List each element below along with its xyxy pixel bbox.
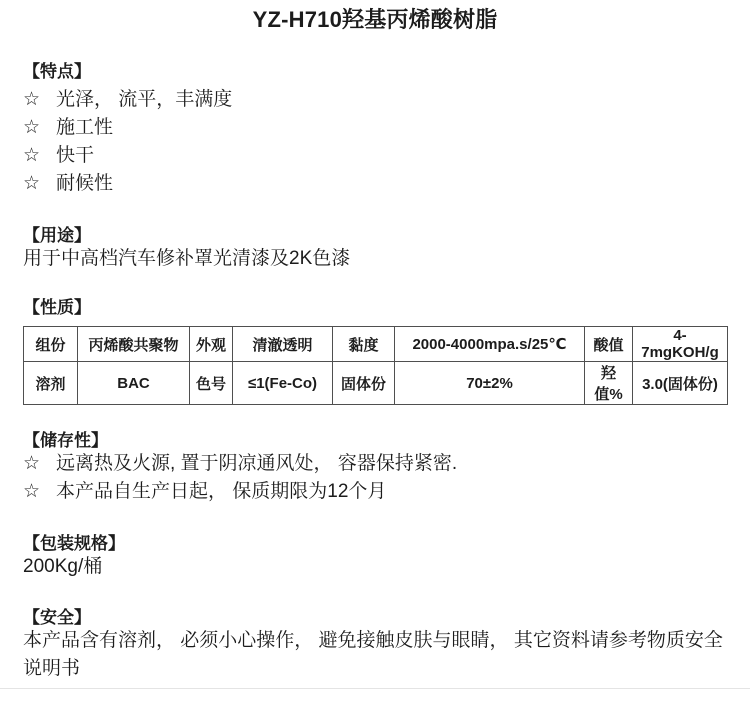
page-bottom-rule bbox=[0, 688, 750, 689]
storage-heading: 【储存性】 bbox=[23, 432, 727, 450]
prop-label-cell: 黏度 bbox=[333, 327, 395, 362]
storage-item: ☆远离热及火源, 置于阴凉通风处， 容器保持紧密. bbox=[23, 450, 727, 478]
prop-value-cell: ≤1(Fe-Co) bbox=[233, 362, 333, 405]
properties-row: 组份 丙烯酸共聚物 外观 清澈透明 黏度 2000-4000mpa.s/25℃ … bbox=[24, 327, 728, 362]
feature-item: ☆光泽， 流平，丰满度 bbox=[23, 86, 727, 114]
prop-value-cell: BAC bbox=[78, 362, 190, 405]
feature-item-label: 光泽， 流平，丰满度 bbox=[56, 89, 232, 110]
feature-item-label: 施工性 bbox=[56, 117, 113, 138]
prop-label-cell: 色号 bbox=[190, 362, 233, 405]
properties-row: 溶剂 BAC 色号 ≤1(Fe-Co) 固体份 70±2% 羟值% 3.0(固体… bbox=[24, 362, 728, 405]
product-datasheet: YZ-H710羟基丙烯酸树脂 【特点】 ☆光泽， 流平，丰满度 ☆施工性 ☆快干… bbox=[0, 0, 750, 683]
prop-label-cell: 酸值 bbox=[585, 327, 633, 362]
prop-label-cell: 固体份 bbox=[333, 362, 395, 405]
section-properties: 【性质】 组份 丙烯酸共聚物 外观 清澈透明 黏度 2000-4000mpa.s… bbox=[23, 299, 727, 405]
prop-value-cell: 70±2% bbox=[395, 362, 585, 405]
safety-heading: 【安全】 bbox=[23, 609, 727, 627]
properties-heading: 【性质】 bbox=[23, 299, 727, 317]
prop-value-cell: 2000-4000mpa.s/25℃ bbox=[395, 327, 585, 362]
feature-item-label: 快干 bbox=[56, 145, 94, 166]
section-packaging: 【包装规格】 200Kg/桶 bbox=[23, 535, 727, 581]
storage-list: ☆远离热及火源, 置于阴凉通风处， 容器保持紧密. ☆本产品自生产日起， 保质期… bbox=[23, 450, 727, 506]
usage-heading: 【用途】 bbox=[23, 227, 727, 245]
prop-label-cell: 组份 bbox=[24, 327, 78, 362]
section-features: 【特点】 ☆光泽， 流平，丰满度 ☆施工性 ☆快干 ☆耐候性 bbox=[23, 63, 727, 198]
feature-item: ☆施工性 bbox=[23, 114, 727, 142]
prop-label-cell: 溶剂 bbox=[24, 362, 78, 405]
section-usage: 【用途】 用于中高档汽车修补罩光清漆及2K色漆 bbox=[23, 227, 727, 273]
prop-label-cell: 羟值% bbox=[585, 362, 633, 405]
safety-body: 本产品含有溶剂， 必须小心操作， 避免接触皮肤与眼睛， 其它资料请参考物质安全说… bbox=[23, 627, 727, 683]
star-icon: ☆ bbox=[23, 86, 43, 114]
prop-value-cell: 4-7mgKOH/g bbox=[633, 327, 728, 362]
star-icon: ☆ bbox=[23, 142, 43, 170]
usage-body: 用于中高档汽车修补罩光清漆及2K色漆 bbox=[23, 245, 727, 273]
packaging-heading: 【包装规格】 bbox=[23, 535, 727, 553]
prop-value-cell: 清澈透明 bbox=[233, 327, 333, 362]
page-title: YZ-H710羟基丙烯酸树脂 bbox=[23, 0, 727, 33]
star-icon: ☆ bbox=[23, 450, 43, 478]
prop-label-cell: 外观 bbox=[190, 327, 233, 362]
prop-value-cell: 3.0(固体份) bbox=[633, 362, 728, 405]
properties-table: 组份 丙烯酸共聚物 外观 清澈透明 黏度 2000-4000mpa.s/25℃ … bbox=[23, 326, 728, 405]
storage-item-label: 本产品自生产日起， 保质期限为12个月 bbox=[56, 481, 386, 502]
star-icon: ☆ bbox=[23, 478, 43, 506]
star-icon: ☆ bbox=[23, 114, 43, 142]
storage-item-label: 远离热及火源, 置于阴凉通风处， 容器保持紧密. bbox=[56, 453, 457, 474]
features-heading: 【特点】 bbox=[23, 63, 727, 81]
features-list: ☆光泽， 流平，丰满度 ☆施工性 ☆快干 ☆耐候性 bbox=[23, 86, 727, 198]
star-icon: ☆ bbox=[23, 170, 43, 198]
section-storage: 【储存性】 ☆远离热及火源, 置于阴凉通风处， 容器保持紧密. ☆本产品自生产日… bbox=[23, 432, 727, 506]
feature-item: ☆耐候性 bbox=[23, 170, 727, 198]
section-safety: 【安全】 本产品含有溶剂， 必须小心操作， 避免接触皮肤与眼睛， 其它资料请参考… bbox=[23, 609, 727, 683]
feature-item-label: 耐候性 bbox=[56, 173, 113, 194]
storage-item: ☆本产品自生产日起， 保质期限为12个月 bbox=[23, 478, 727, 506]
prop-value-cell: 丙烯酸共聚物 bbox=[78, 327, 190, 362]
feature-item: ☆快干 bbox=[23, 142, 727, 170]
packaging-body: 200Kg/桶 bbox=[23, 553, 727, 581]
